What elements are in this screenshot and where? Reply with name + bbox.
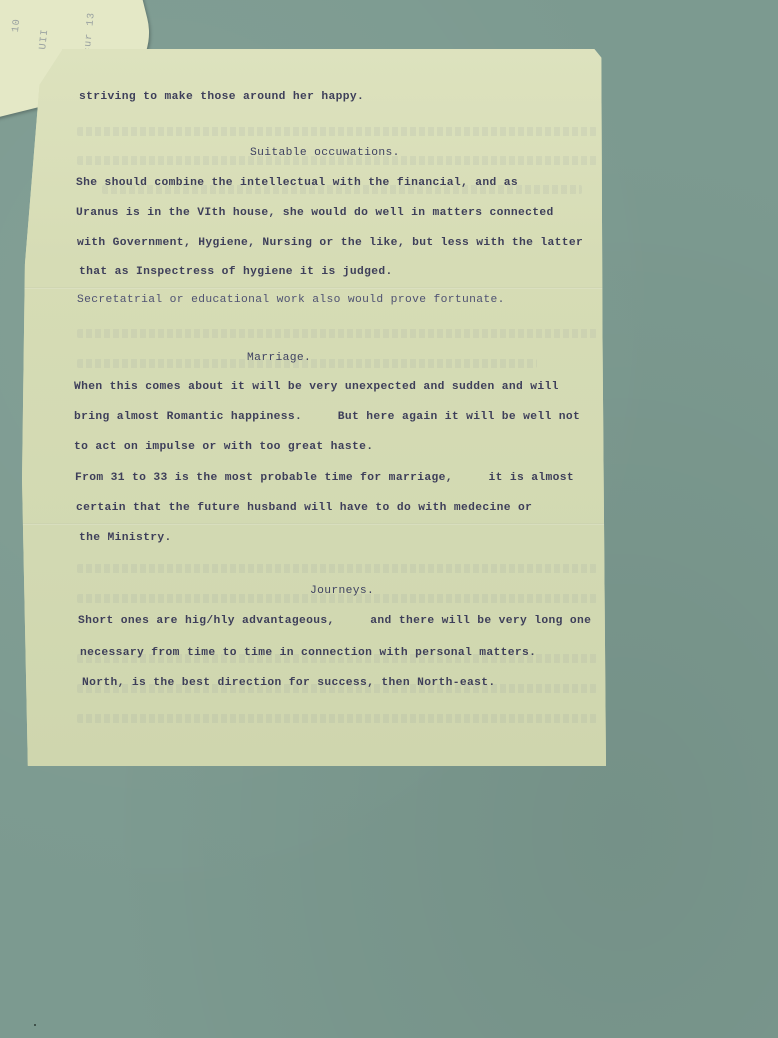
body-line: that as Inspectress of hygiene it is jud…	[79, 266, 393, 278]
section-heading-occupations: Suitable occuwations.	[250, 147, 400, 159]
show-through-text	[77, 714, 597, 723]
show-through-text	[77, 127, 597, 136]
body-line: When this comes about it will be very un…	[74, 381, 559, 393]
body-line: to act on impulse or with too great hast…	[74, 441, 373, 453]
typewritten-page: striving to make those around her happy.…	[22, 49, 606, 766]
back-sheet-ghost-text: UII	[38, 28, 51, 50]
back-sheet-ghost-text: 10	[11, 18, 23, 33]
body-line: Uranus is in the VIth house, she would d…	[76, 207, 554, 219]
show-through-text	[77, 564, 597, 573]
dust-speck	[34, 1024, 36, 1026]
body-line: She should combine the intellectual with…	[76, 177, 518, 189]
opening-line: striving to make those around her happy.	[79, 91, 364, 103]
paper-fold-line	[22, 287, 606, 289]
body-line: necessary from time to time in connectio…	[80, 647, 536, 659]
section-heading-journeys: Journeys.	[310, 585, 374, 597]
body-line: From 31 to 33 is the most probable time …	[75, 472, 574, 484]
body-line: with Government, Hygiene, Nursing or the…	[77, 237, 583, 249]
body-line: the Ministry.	[79, 532, 172, 544]
paper-fold-line	[22, 523, 606, 525]
body-line: Secretatrial or educational work also wo…	[77, 294, 505, 306]
back-sheet-ghost-text: cur 13	[82, 12, 97, 55]
body-line: Short ones are hig/hly advantageous, and…	[78, 615, 591, 627]
show-through-text	[77, 329, 597, 338]
section-heading-marriage: Marriage.	[247, 352, 311, 364]
body-line: certain that the future husband will hav…	[76, 502, 532, 514]
body-line: bring almost Romantic happiness. But her…	[74, 411, 580, 423]
body-line: North, is the best direction for success…	[82, 677, 496, 689]
